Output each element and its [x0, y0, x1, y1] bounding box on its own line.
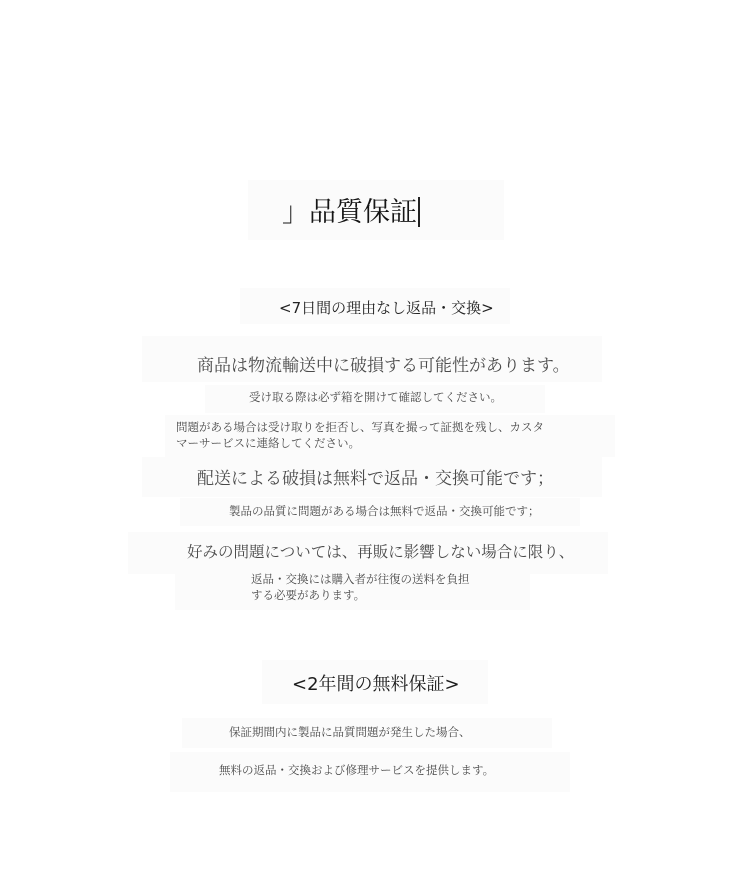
section-heading-warranty: <2年間の無料保証>	[292, 670, 460, 696]
paragraph-refuse-delivery-line2: マーサービスに連絡してください。	[176, 435, 360, 451]
text-cursor	[418, 197, 420, 227]
paragraph-buyer-shipping-line2: する必要があります。	[251, 587, 365, 603]
paragraph-free-return-damage: 配送による破損は無料で返品・交換可能です；	[197, 464, 554, 489]
paragraph-refuse-delivery-line1: 問題がある場合は受け取りを拒否し、写真を撮って証拠を残し、カスタ	[176, 419, 544, 435]
paragraph-buyer-shipping-line1: 返品・交換には購入者が往復の送料を負担	[251, 571, 470, 587]
paragraph-warranty-service: 無料の返品・交換および修理サービスを提供します。	[219, 762, 494, 778]
section-heading-return-policy: <7日間の理由なし返品・交換>	[279, 297, 494, 318]
paragraph-inspect-box: 受け取る際は必ず箱を開けて確認してください。	[249, 389, 502, 405]
paragraph-warranty-period: 保証期間内に製品に品質問題が発生した場合、	[229, 724, 471, 740]
page-title: 」品質保証	[282, 190, 420, 229]
paragraph-preference-returns: 好みの問題については、再販に影響しない場合に限り、	[187, 540, 574, 562]
paragraph-free-return-quality: 製品の品質に問題がある場合は無料で返品・交換可能です；	[229, 503, 540, 519]
page-title-text: 」品質保証	[282, 197, 417, 228]
paragraph-shipping-damage-warning: 商品は物流輸送中に破損する可能性があります。	[197, 351, 570, 376]
